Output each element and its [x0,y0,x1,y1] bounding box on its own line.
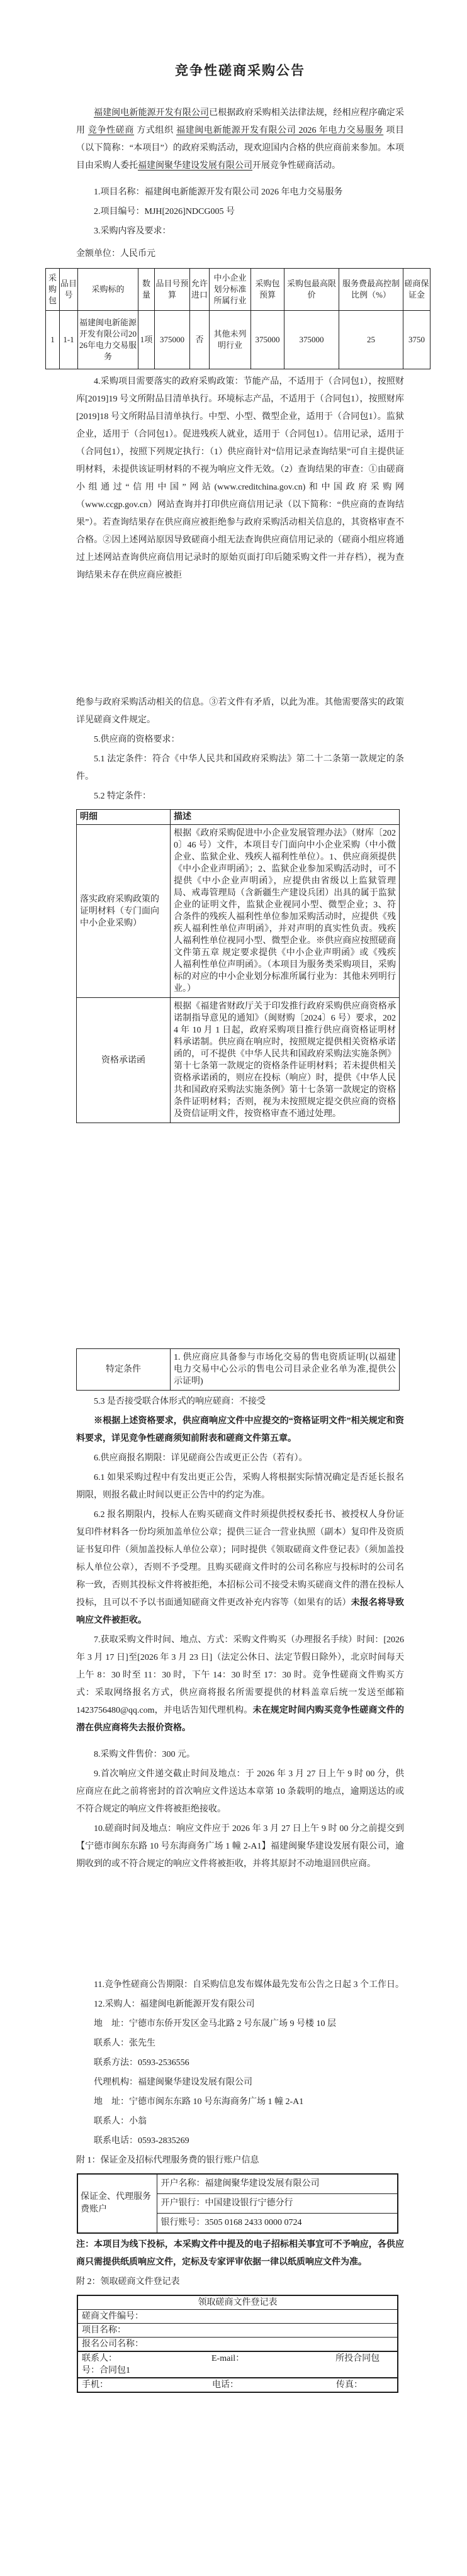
item-project-name: 1.项目名称：福建闽电新能源开发有限公司 2026 年电力交易服务 [76,184,404,201]
col-header: 采购标的 [78,269,138,311]
tel-field-label: 电话： [212,2380,239,2390]
cell-policy-label: 落实政府采购政策的证明材料（专门面向中小企业采购） [77,825,171,998]
registration-form-table: 领取磋商文件登记表 磋商文件编号： 项目名称： 报名公司名称： 联系人：E-ma… [77,2295,398,2393]
field-gap [239,2387,336,2387]
item6-1-correction: 6.1 如果采购过程中有发出更正公告，采购人将根据实际情况确定是否延长报名期限，… [76,1469,404,1504]
buyer-phone: 联系方法：0593-2536556 [76,2054,404,2072]
bank-account-table: 保证金、代理服务费账户 开户名称：福建闽聚华建设发展有限公司 开户银行：中国建设… [77,2173,398,2234]
cell-fee-ratio: 25 [339,311,403,369]
cell-package-budget: 375000 [251,311,284,369]
contact-field-label: 联系人： [82,2354,117,2363]
col-header: 品目号预算 [155,269,190,311]
offline-bidding-note: 注：本项目为线下投标，本采购文件中提及的电子招标相关事宜可不予响应，各供应商只需… [76,2236,404,2271]
item8-document-price: 8.采购文件售价：300 元。 [76,1746,404,1764]
registration-form-title: 领取磋商文件登记表 [77,2295,398,2310]
cell-project-name-field: 项目名称： [77,2324,398,2338]
item11-announcement-period: 11.竞争性磋商公告期限：自采购信息发布媒体最先发布公告之日起 3 个工作日。 [76,1976,404,1994]
table-row: 保证金、代理服务费账户 开户名称：福建闽聚华建设发展有限公司 [77,2174,398,2194]
intro-paragraph: 福建闽电新能源开发有限公司已根据政府采购相关法律法规，经相应程序确定采用 竞争性… [76,104,404,175]
cell-commitment-label: 资格承诺函 [77,998,171,1123]
table-row: 特定条件 1. 供应商应具备参与市场化交易的售电资质证明(以福建电力交易中心公示… [77,1349,400,1391]
intro-text: 开展竞争性磋商活动。 [252,161,340,171]
method-underline: 竞争性磋商 [88,126,134,135]
cell-policy-desc: 根据《政府采购促进中小企业发展管理办法》（财库〔2020〕46 号）文件，本项目… [171,825,400,998]
cell-industry: 其他未列明行业 [210,311,251,369]
item4-policies-part2: 绝参与政府采购活动相关的信息。③若文件有矛盾，以此为准。其他需要落实的政策详见磋… [76,694,404,729]
attachment1-title: 附 1：保证金及招标代理服务费的银行账户信息 [76,2152,404,2170]
cell-document-number-field: 磋商文件编号： [77,2310,398,2324]
col-header: 服务费最高控制比例（%） [339,269,403,311]
cell-package: 1 [46,311,60,369]
table-row: 资格承诺函 根据《福建省财政厅关于印发推行政府采购供应商资格承诺制指导意见的通知… [77,998,400,1123]
item5-qualification: 5.供应商的资格要求： [76,731,404,749]
agency-line: 代理机构：福建闽聚华建设发展有限公司 [76,2074,404,2092]
item6-registration-period: 6.供应商报名期限：详见磋商公告或更正公告（若有）。 [76,1450,404,1467]
note-star-paragraph: ※根据上述资格要求，供应商响应文件中应提交的“资格证明文件”相关规定和资料要求，… [76,1413,404,1448]
procurement-announcement-document: 竞争性磋商采购公告 福建闽电新能源开发有限公司已根据政府采购相关法律法规，经相应… [0,0,467,2576]
item7-document-purchase: 7.获取采购文件时间、地点、方式：采购文件购买（办理报名手续）时间：[2026 … [76,1632,404,1737]
item-project-number: 2.项目编号：MJH[2026]NDCG005 号 [76,203,404,221]
cell-quantity: 1项 [138,311,155,369]
item12-buyer: 12.采购人：福建闽电新能源开发有限公司 [76,1996,404,2013]
cell-import-allowed: 否 [190,311,210,369]
table-row: 项目名称： [77,2324,398,2338]
email-field-label: E-mail： [211,2354,244,2363]
cell-specific-condition-label: 特定条件 [77,1349,171,1391]
intro-text: 方式组织 [134,126,176,135]
item5-2-specific: 5.2 特定条件： [76,788,404,805]
field-gap [108,2387,212,2387]
col-header: 磋商保证金 [403,269,430,311]
col-header: 品目号 [60,269,78,311]
page-break-gap-2 [76,1126,404,1345]
field-gap [117,2360,211,2361]
col-header: 采购包最高限价 [284,269,339,311]
cell-account-name: 开户名称：福建闽聚华建设发展有限公司 [157,2174,398,2194]
attachment2-title: 附 2：领取磋商文件登记表 [76,2273,404,2291]
amount-unit-label: 金额单位：人民币元 [76,245,404,263]
table-row: 磋商文件编号： [77,2310,398,2324]
agency-phone: 联系电话：0593-2835269 [76,2132,404,2150]
cell-account-bank: 开户银行：中国建设银行宁德分行 [157,2194,398,2214]
project-name-underline: 福建闽电新能源开发有限公司 2026 年电力交易服务 [176,126,383,135]
table-row: 落实政府采购政策的证明材料（专门面向中小企业采购） 根据《政府采购促进中小企业发… [77,825,400,998]
item6-2-text: 6.2 报名期限内，投标人在购买磋商文件时须提供授权委托书、被授权人身份证复印件… [76,1510,404,1608]
cell-account-label: 保证金、代理服务费账户 [77,2174,157,2233]
page-break-gap-1 [76,586,404,692]
col-header: 采购包预算 [251,269,284,311]
cell-contact-email-package: 联系人：E-mail：所投合同包号：合同包1 [77,2351,398,2378]
package-field-value: 合同包1 [99,2366,130,2375]
table-row: 领取磋商文件登记表 [77,2295,398,2310]
cell-subject: 福建闽电新能源开发有限公司2026年电力交易服务 [78,311,138,369]
item5-3-consortium: 5.3 是否接受联合体形式的响应磋商：不接受 [76,1393,404,1411]
table-row: 报名公司名称： [77,2338,398,2352]
col-header: 中小企业划分标准所属行业 [210,269,251,311]
col-header-description: 描述 [171,810,400,825]
col-header-detail: 明细 [77,810,171,825]
item7-text: 7.获取采购文件时间、地点、方式：采购文件购买（办理报名手续）时间：[2026 … [76,1635,404,1715]
fax-field-label: 传真： [336,2380,363,2390]
mobile-field-label: 手机： [82,2380,108,2390]
item4-policies-part1: 4.采购项目需要落实的政府采购政策：节能产品，不适用于（合同包1），按照财库[2… [76,373,404,585]
field-gap [244,2360,335,2361]
table-row: 手机：电话：传真： [77,2378,398,2392]
cell-mobile-tel-fax: 手机：电话：传真： [77,2378,398,2392]
item5-1-legal: 5.1 法定条件：符合《中华人民共和国政府采购法》第二十二条第一款规定的条件。 [76,751,404,786]
col-header: 采购包 [46,269,60,311]
cell-deposit: 3750 [403,311,430,369]
cell-company-name-field: 报名公司名称： [77,2338,398,2352]
agency-contact: 联系人：小翁 [76,2113,404,2131]
page-title: 竞争性磋商采购公告 [76,60,404,79]
agency-address: 地 址：宁德市闽东东路 10 号东海商务广场 1 幢 2-A1 [76,2093,404,2111]
table-row: 联系人：E-mail：所投合同包号：合同包1 [77,2351,398,2378]
cell-max-price: 375000 [284,311,339,369]
cell-account-number: 银行账号：3505 0168 2433 0000 0724 [157,2214,398,2234]
procurement-content-table: 采购包 品目号 采购标的 数量 品目号预算 允许进口 中小企业划分标准所属行业 … [45,268,430,369]
cell-item-number: 1-1 [60,311,78,369]
qualification-table: 明细 描述 落实政府采购政策的证明材料（专门面向中小企业采购） 根据《政府采购促… [76,809,400,1123]
cell-specific-condition-desc: 1. 供应商应具备参与市场化交易的售电资质证明(以福建电力交易中心公示的售电公司… [171,1349,400,1391]
page-break-gap-3 [76,1875,404,1974]
agency-name-underline: 福建闽聚华建设发展有限公司 [138,161,252,171]
table-header-row: 明细 描述 [77,810,400,825]
buyer-name-underline: 福建闽电新能源开发有限公司 [94,108,209,118]
buyer-address: 地 址：宁德市东侨开发区金马北路 2 号东晟广场 9 号楼 10 层 [76,2015,404,2033]
item10-consultation-time-place: 10.磋商时间及地点：响应文件应于 2026 年 3 月 27 日上午 9 时 … [76,1820,404,1873]
item9-response-deadline: 9.首次响应文件递交截止时间及地点：于 2026 年 3 月 27 日上午 9 … [76,1766,404,1818]
col-header: 数量 [138,269,155,311]
qualification-table-continued: 特定条件 1. 供应商应具备参与市场化交易的售电资质证明(以福建电力交易中心公示… [76,1348,400,1391]
table-header-row: 采购包 品目号 采购标的 数量 品目号预算 允许进口 中小企业划分标准所属行业 … [46,269,430,311]
cell-item-budget: 375000 [155,311,190,369]
item-procurement-content: 3.采购内容及要求： [76,223,404,240]
col-header: 允许进口 [190,269,210,311]
item6-2-registration: 6.2 报名期限内，投标人在购买磋商文件时须提供授权委托书、被授权人身份证复印件… [76,1506,404,1630]
buyer-contact: 联系人：张先生 [76,2035,404,2052]
table-row: 1 1-1 福建闽电新能源开发有限公司2026年电力交易服务 1项 375000… [46,311,430,369]
cell-commitment-desc: 根据《福建省财政厅关于印发推行政府采购供应商资格承诺制指导意见的通知》（闽财购〔… [171,998,400,1123]
